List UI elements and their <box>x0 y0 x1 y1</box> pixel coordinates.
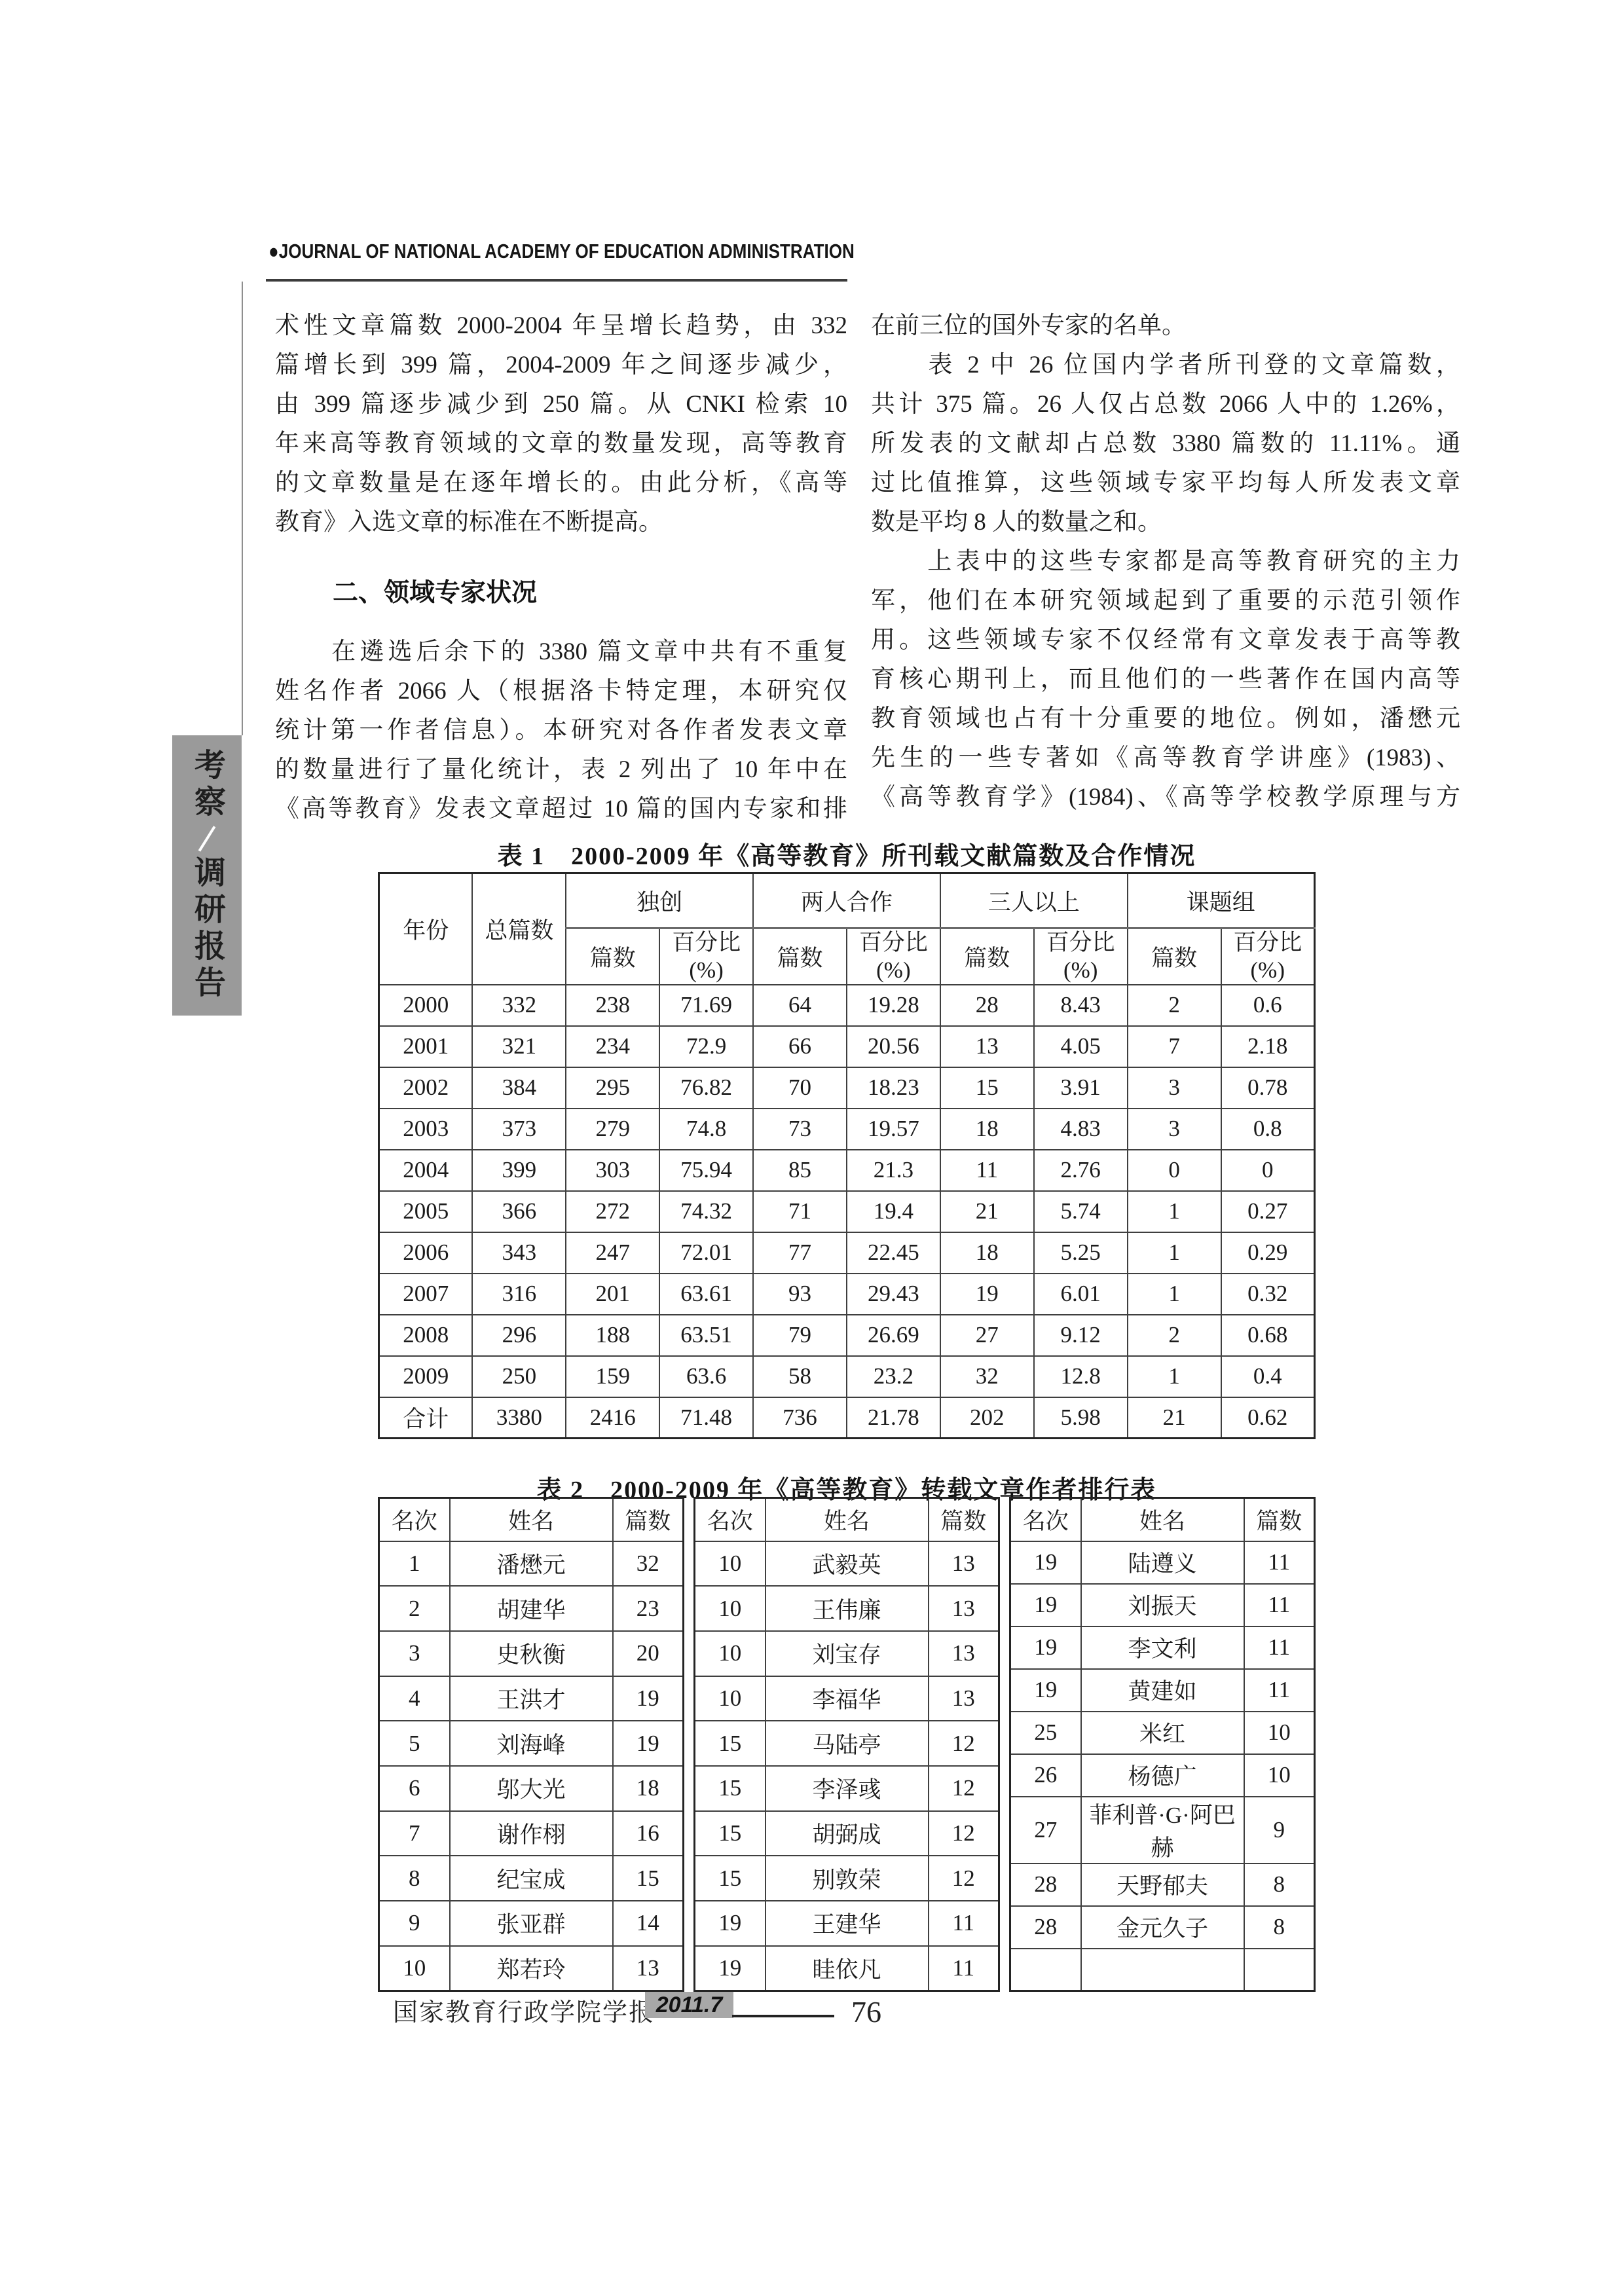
cell-rank: 7 <box>379 1811 450 1856</box>
cell-three-percent: 12.8 <box>1034 1356 1128 1397</box>
cell-author-name: 张亚群 <box>450 1901 613 1946</box>
table2-row <box>1010 1949 1315 1991</box>
cell-team-percent: 0.4 <box>1221 1356 1315 1397</box>
table1-row: 2002 384 295 76.82 70 18.23 15 3.91 3 0.… <box>379 1067 1315 1109</box>
cell-solo-percent: 75.94 <box>659 1150 753 1191</box>
cell-two-percent: 20.56 <box>847 1026 940 1067</box>
cell-solo-percent: 74.32 <box>659 1191 753 1232</box>
cell-team-percent: 0.32 <box>1221 1274 1315 1315</box>
left-column-paragraph-2: 在遴选后余下的 3380 篇文章中共有不重复 姓名作者 2066 人（根据洛卡特… <box>275 633 847 829</box>
cell-author-name: 郑若玲 <box>450 1946 613 1991</box>
cell-solo-count: 2416 <box>566 1397 659 1439</box>
cell-author-name: 陆遵义 <box>1081 1541 1244 1584</box>
table2-header-rank: 名次 <box>379 1498 450 1541</box>
cell-team-count: 3 <box>1128 1109 1221 1150</box>
cell-author-name: 米红 <box>1081 1712 1244 1754</box>
table1-row: 2008 296 188 63.51 79 26.69 27 9.12 2 0.… <box>379 1315 1315 1356</box>
header-rule <box>266 279 847 282</box>
text-line: 的数量进行了量化统计，表 2 列出了 10 年中在 <box>275 750 847 790</box>
table2-header-row: 名次 姓名 篇数 <box>379 1498 684 1541</box>
table1-row: 2006 343 247 72.01 77 22.45 18 5.25 1 0.… <box>379 1232 1315 1274</box>
right-column: 在前三位的国外专家的名单。 表 2 中 26 位国内学者所刊登的文章篇数， 共计… <box>871 306 1460 817</box>
text-line: 《高等教育学》(1984)、《高等学校教学原理与方 <box>871 778 1460 817</box>
cell-rank: 28 <box>1010 1906 1081 1949</box>
text-line: 数是平均 8 人的数量之和。 <box>871 503 1460 542</box>
cell-author-name: 刘振天 <box>1081 1584 1244 1626</box>
table2-row: 19 刘振天 11 <box>1010 1584 1315 1626</box>
text-line: 教育领域也占有十分重要的地位。例如，潘懋元 <box>871 699 1460 739</box>
cell-total: 366 <box>472 1191 566 1232</box>
cell-author-name: 黄建如 <box>1081 1669 1244 1712</box>
table1-subheader-count: 篇数 <box>753 928 847 985</box>
cell-solo-percent: 63.51 <box>659 1315 753 1356</box>
table2-row: 15 别敦荣 12 <box>695 1856 999 1901</box>
left-column-paragraph-1: 术性文章篇数 2000-2004 年呈增长趋势，由 332 篇增长到 399 篇… <box>275 306 847 542</box>
cell-two-count: 66 <box>753 1026 847 1067</box>
cell-two-percent: 19.28 <box>847 985 940 1026</box>
cell-article-count: 10 <box>1244 1712 1315 1754</box>
cell-team-count: 1 <box>1128 1356 1221 1397</box>
cell-author-name: 邬大光 <box>450 1766 613 1811</box>
table2-header-row: 名次 姓名 篇数 <box>1010 1498 1315 1541</box>
cell-solo-count: 303 <box>566 1150 659 1191</box>
cell-solo-count: 201 <box>566 1274 659 1315</box>
cell-three-percent: 9.12 <box>1034 1315 1128 1356</box>
table2: 名次 姓名 篇数 1 潘懋元 32 2 胡建华 23 <box>378 1497 1316 1992</box>
table2-row: 19 李文利 11 <box>1010 1626 1315 1669</box>
cell-rank: 19 <box>1010 1541 1081 1584</box>
table1-row: 合计 3380 2416 71.48 736 21.78 202 5.98 21… <box>379 1397 1315 1439</box>
table2-row: 10 李福华 13 <box>695 1676 999 1721</box>
cell-rank <box>1010 1949 1081 1991</box>
table2-row: 10 郑若玲 13 <box>379 1946 684 1991</box>
cell-rank: 19 <box>1010 1669 1081 1712</box>
cell-author-name: 眭依凡 <box>766 1946 929 1991</box>
cell-author-name: 李文利 <box>1081 1626 1244 1669</box>
percent-unit: (%) <box>847 957 940 983</box>
cell-author-name: 王建华 <box>766 1901 929 1946</box>
cell-year: 2005 <box>379 1191 473 1232</box>
cell-author-name: 谢作栩 <box>450 1811 613 1856</box>
cell-solo-count: 188 <box>566 1315 659 1356</box>
cell-three-count: 21 <box>940 1191 1034 1232</box>
cell-team-count: 21 <box>1128 1397 1221 1439</box>
cell-article-count: 20 <box>613 1631 684 1676</box>
cell-team-count: 0 <box>1128 1150 1221 1191</box>
table1-row: 2007 316 201 63.61 93 29.43 19 6.01 1 0.… <box>379 1274 1315 1315</box>
table2-group-1: 名次 姓名 篇数 1 潘懋元 32 2 胡建华 23 <box>378 1497 684 1992</box>
cell-author-name: 胡弼成 <box>766 1811 929 1856</box>
cell-article-count: 13 <box>929 1631 999 1676</box>
cell-rank: 10 <box>695 1586 766 1631</box>
cell-three-count: 13 <box>940 1026 1034 1067</box>
cell-article-count: 11 <box>1244 1541 1315 1584</box>
table2-header-row: 名次 姓名 篇数 <box>695 1498 999 1541</box>
cell-team-percent: 0.8 <box>1221 1109 1315 1150</box>
table1-subheader-count: 篇数 <box>940 928 1034 985</box>
cell-three-count: 15 <box>940 1067 1034 1109</box>
cell-three-percent: 4.05 <box>1034 1026 1128 1067</box>
table1-header-year: 年份 <box>379 873 473 985</box>
cell-rank: 26 <box>1010 1754 1081 1797</box>
cell-article-count: 11 <box>929 1901 999 1946</box>
cell-two-percent: 26.69 <box>847 1315 940 1356</box>
cell-author-name: 史秋衡 <box>450 1631 613 1676</box>
table1-row: 2009 250 159 63.6 58 23.2 32 12.8 1 0.4 <box>379 1356 1315 1397</box>
table2-row: 26 杨德广 10 <box>1010 1754 1315 1797</box>
cell-author-name: 金元久子 <box>1081 1906 1244 1949</box>
cell-rank: 28 <box>1010 1864 1081 1906</box>
cell-team-count: 1 <box>1128 1232 1221 1274</box>
journal-page: ●JOURNAL OF NATIONAL ACADEMY OF EDUCATIO… <box>0 0 1624 2295</box>
cell-two-count: 64 <box>753 985 847 1026</box>
text-line: 育核心期刊上，而且他们的一些著作在国内高等 <box>871 660 1460 699</box>
cell-rank: 15 <box>695 1811 766 1856</box>
cell-two-count: 79 <box>753 1315 847 1356</box>
cell-solo-count: 234 <box>566 1026 659 1067</box>
cell-rank: 15 <box>695 1856 766 1901</box>
table1-subheader-percent: 百分比 (%) <box>1221 928 1315 985</box>
cell-article-count: 16 <box>613 1811 684 1856</box>
cell-year: 2002 <box>379 1067 473 1109</box>
cell-team-percent: 0.6 <box>1221 985 1315 1026</box>
text-line: 《高等教育》发表文章超过 10 篇的国内专家和排 <box>275 790 847 829</box>
cell-rank: 10 <box>695 1676 766 1721</box>
cell-rank: 1 <box>379 1541 450 1587</box>
cell-team-count: 2 <box>1128 985 1221 1026</box>
table2-header-count: 篇数 <box>613 1498 684 1541</box>
cell-three-percent: 6.01 <box>1034 1274 1128 1315</box>
cell-rank: 10 <box>695 1631 766 1676</box>
cell-author-name: 天野郁夫 <box>1081 1864 1244 1906</box>
cell-three-count: 11 <box>940 1150 1034 1191</box>
text-line: 统计第一作者信息）。本研究对各作者发表文章 <box>275 711 847 750</box>
cell-two-percent: 23.2 <box>847 1356 940 1397</box>
cell-article-count: 12 <box>929 1811 999 1856</box>
cell-three-count: 19 <box>940 1274 1034 1315</box>
cell-article-count: 14 <box>613 1901 684 1946</box>
cell-author-name <box>1081 1949 1244 1991</box>
cell-author-name: 纪宝成 <box>450 1856 613 1901</box>
table2-row: 9 张亚群 14 <box>379 1901 684 1946</box>
table2-row: 25 米红 10 <box>1010 1712 1315 1754</box>
cell-solo-percent: 74.8 <box>659 1109 753 1150</box>
cell-article-count: 12 <box>929 1856 999 1901</box>
table2-row: 8 纪宝成 15 <box>379 1856 684 1901</box>
cell-solo-count: 295 <box>566 1067 659 1109</box>
table2-row: 3 史秋衡 20 <box>379 1631 684 1676</box>
cell-article-count: 12 <box>929 1721 999 1766</box>
text-line: 的文章数量是在逐年增长的。由此分析，《高等 <box>275 464 847 503</box>
cell-article-count: 32 <box>613 1541 684 1587</box>
cell-rank: 15 <box>695 1766 766 1811</box>
cell-team-count: 7 <box>1128 1026 1221 1067</box>
table1-row: 2001 321 234 72.9 66 20.56 13 4.05 7 2.1… <box>379 1026 1315 1067</box>
table1-row: 2000 332 238 71.69 64 19.28 28 8.43 2 0.… <box>379 985 1315 1026</box>
cell-three-percent: 5.25 <box>1034 1232 1128 1274</box>
text-line: 上表中的这些专家都是高等教育研究的主力 <box>871 542 1460 581</box>
cell-total: 316 <box>472 1274 566 1315</box>
cell-article-count <box>1244 1949 1315 1991</box>
cell-author-name: 王洪才 <box>450 1676 613 1721</box>
table2-row: 2 胡建华 23 <box>379 1586 684 1631</box>
text-line: 术性文章篇数 2000-2004 年呈增长趋势，由 332 <box>275 306 847 346</box>
cell-two-count: 93 <box>753 1274 847 1315</box>
cell-total: 384 <box>472 1067 566 1109</box>
cell-year: 2008 <box>379 1315 473 1356</box>
cell-year: 2000 <box>379 985 473 1026</box>
table2-header-name: 姓名 <box>766 1498 929 1541</box>
cell-article-count: 19 <box>613 1721 684 1766</box>
cell-team-percent: 0.78 <box>1221 1067 1315 1109</box>
cell-two-percent: 19.4 <box>847 1191 940 1232</box>
table1-caption: 表 1 2000-2009 年《高等教育》所刊载文献篇数及合作情况 <box>378 835 1316 872</box>
text-line: 篇增长到 399 篇，2004-2009 年之间逐步减少， <box>275 346 847 385</box>
cell-rank: 19 <box>695 1946 766 1991</box>
cell-team-percent: 0 <box>1221 1150 1315 1191</box>
margin-vertical-rule <box>242 282 243 735</box>
table2-row: 7 谢作栩 16 <box>379 1811 684 1856</box>
cell-team-percent: 0.29 <box>1221 1232 1315 1274</box>
cell-article-count: 11 <box>1244 1626 1315 1669</box>
cell-author-name: 胡建华 <box>450 1586 613 1631</box>
cell-solo-percent: 72.01 <box>659 1232 753 1274</box>
cell-article-count: 13 <box>929 1676 999 1721</box>
cell-total: 3380 <box>472 1397 566 1439</box>
cell-author-name: 别敦荣 <box>766 1856 929 1901</box>
cell-solo-count: 159 <box>566 1356 659 1397</box>
cell-two-count: 73 <box>753 1109 847 1150</box>
text-line: 表 2 中 26 位国内学者所刊登的文章篇数， <box>871 346 1460 385</box>
table1-subheader-percent: 百分比 (%) <box>659 928 753 985</box>
cell-author-name: 王伟廉 <box>766 1586 929 1631</box>
cell-article-count: 13 <box>929 1541 999 1587</box>
cell-team-count: 1 <box>1128 1274 1221 1315</box>
cell-solo-percent: 76.82 <box>659 1067 753 1109</box>
table2-row: 10 王伟廉 13 <box>695 1586 999 1631</box>
slash-divider <box>198 826 216 851</box>
table1-subheader-count: 篇数 <box>566 928 659 985</box>
footer-rule <box>732 2015 834 2017</box>
cell-article-count: 8 <box>1244 1864 1315 1906</box>
text-line: 先生的一些专著如《高等教育学讲座》(1983)、 <box>871 739 1460 778</box>
page-number: 76 <box>851 1994 881 2029</box>
cell-author-name: 刘海峰 <box>450 1721 613 1766</box>
footer-journal-name: 国家教育行政学院学报 <box>393 1992 655 2028</box>
cell-rank: 2 <box>379 1586 450 1631</box>
cell-solo-percent: 63.6 <box>659 1356 753 1397</box>
percent-label: 百分比 <box>660 929 752 956</box>
percent-label: 百分比 <box>1222 929 1314 956</box>
text-line: 由 399 篇逐步减少到 250 篇。从 CNKI 检索 10 <box>275 385 847 424</box>
cell-solo-count: 247 <box>566 1232 659 1274</box>
cell-rank: 10 <box>695 1541 766 1587</box>
cell-team-count: 3 <box>1128 1067 1221 1109</box>
cell-rank: 3 <box>379 1631 450 1676</box>
footer-issue-badge: 2011.7 <box>645 1992 733 2018</box>
cell-author-name: 李福华 <box>766 1676 929 1721</box>
cell-solo-percent: 71.69 <box>659 985 753 1026</box>
cell-article-count: 11 <box>1244 1669 1315 1712</box>
cell-three-percent: 8.43 <box>1034 985 1128 1026</box>
cell-three-count: 32 <box>940 1356 1034 1397</box>
cell-team-count: 2 <box>1128 1315 1221 1356</box>
cell-rank: 27 <box>1010 1797 1081 1864</box>
text-line: 所发表的文献却占总数 3380 篇数的 11.11%。通 <box>871 424 1460 464</box>
cell-solo-count: 279 <box>566 1109 659 1150</box>
cell-rank: 25 <box>1010 1712 1081 1754</box>
cell-author-name: 杨德广 <box>1081 1754 1244 1797</box>
cell-two-count: 77 <box>753 1232 847 1274</box>
text-line: 用。这些领域专家不仅经常有文章发表于高等教 <box>871 621 1460 660</box>
cell-author-name: 李泽彧 <box>766 1766 929 1811</box>
section-tab-text-top: 考察 <box>185 748 230 822</box>
cell-solo-count: 238 <box>566 985 659 1026</box>
cell-team-count: 1 <box>1128 1191 1221 1232</box>
cell-solo-count: 272 <box>566 1191 659 1232</box>
table2-row: 10 刘宝存 13 <box>695 1631 999 1676</box>
text-line: 共计 375 篇。26 人仅占总数 2066 人中的 1.26%， <box>871 385 1460 424</box>
table2-header-count: 篇数 <box>1244 1498 1315 1541</box>
cell-team-percent: 2.18 <box>1221 1026 1315 1067</box>
cell-three-count: 18 <box>940 1109 1034 1150</box>
cell-total: 373 <box>472 1109 566 1150</box>
table1-row: 2005 366 272 74.32 71 19.4 21 5.74 1 0.2… <box>379 1191 1315 1232</box>
table2-row: 28 金元久子 8 <box>1010 1906 1315 1949</box>
text-line: 军，他们在本研究领域起到了重要的示范引领作 <box>871 581 1460 621</box>
cell-author-name: 刘宝存 <box>766 1631 929 1676</box>
table2-row: 10 武毅英 13 <box>695 1541 999 1587</box>
table2-header-name: 姓名 <box>1081 1498 1244 1541</box>
cell-author-name: 菲利普·G·阿巴赫 <box>1081 1797 1244 1864</box>
table2-row: 15 李泽彧 12 <box>695 1766 999 1811</box>
table2-row: 28 天野郁夫 8 <box>1010 1864 1315 1906</box>
table2-group-3: 名次 姓名 篇数 19 陆遵义 11 19 刘振天 1 <box>1009 1497 1316 1992</box>
cell-two-percent: 19.57 <box>847 1109 940 1150</box>
cell-year: 2001 <box>379 1026 473 1067</box>
cell-total: 296 <box>472 1315 566 1356</box>
cell-author-name: 潘懋元 <box>450 1541 613 1587</box>
cell-three-percent: 3.91 <box>1034 1067 1128 1109</box>
cell-rank: 4 <box>379 1676 450 1721</box>
table2-row: 4 王洪才 19 <box>379 1676 684 1721</box>
cell-article-count: 13 <box>613 1946 684 1991</box>
cell-three-count: 28 <box>940 985 1034 1026</box>
cell-team-percent: 0.27 <box>1221 1191 1315 1232</box>
section-heading: 二、领域专家状况 <box>333 572 537 609</box>
cell-total: 343 <box>472 1232 566 1274</box>
cell-two-count: 71 <box>753 1191 847 1232</box>
table2-header-name: 姓名 <box>450 1498 613 1541</box>
text-line: 教育》入选文章的标准在不断提高。 <box>275 503 847 542</box>
percent-unit: (%) <box>660 957 752 983</box>
table2-header-rank: 名次 <box>695 1498 766 1541</box>
cell-two-percent: 21.3 <box>847 1150 940 1191</box>
table1-header-group-two: 两人合作 <box>753 873 940 928</box>
table1-row: 2004 399 303 75.94 85 21.3 11 2.76 0 0 <box>379 1150 1315 1191</box>
percent-label: 百分比 <box>847 929 940 956</box>
cell-rank: 15 <box>695 1721 766 1766</box>
table2-row: 15 马陆亭 12 <box>695 1721 999 1766</box>
cell-three-percent: 5.74 <box>1034 1191 1128 1232</box>
cell-two-count: 736 <box>753 1397 847 1439</box>
cell-article-count: 15 <box>613 1856 684 1901</box>
table1-subheader-percent: 百分比 (%) <box>1034 928 1128 985</box>
cell-rank: 19 <box>1010 1584 1081 1626</box>
table2-group-2: 名次 姓名 篇数 10 武毅英 13 10 王伟廉 1 <box>693 1497 1000 1992</box>
cell-solo-percent: 72.9 <box>659 1026 753 1067</box>
table1-header-group-solo: 独创 <box>566 873 753 928</box>
cell-article-count: 19 <box>613 1676 684 1721</box>
table2-row: 1 潘懋元 32 <box>379 1541 684 1587</box>
cell-rank: 19 <box>695 1901 766 1946</box>
cell-total: 399 <box>472 1150 566 1191</box>
cell-solo-percent: 63.61 <box>659 1274 753 1315</box>
cell-three-count: 27 <box>940 1315 1034 1356</box>
cell-author-name: 武毅英 <box>766 1541 929 1587</box>
text-line: 年来高等教育领域的文章的数量发现，高等教育 <box>275 424 847 464</box>
cell-rank: 10 <box>379 1946 450 1991</box>
cell-two-count: 85 <box>753 1150 847 1191</box>
cell-article-count: 11 <box>929 1946 999 1991</box>
cell-year: 2007 <box>379 1274 473 1315</box>
cell-solo-percent: 71.48 <box>659 1397 753 1439</box>
table2-row: 27 菲利普·G·阿巴赫 9 <box>1010 1797 1315 1864</box>
cell-article-count: 18 <box>613 1766 684 1811</box>
table1-header-group-three: 三人以上 <box>940 873 1128 928</box>
table1-header-row-1: 年份 总篇数 独创 两人合作 三人以上 课题组 <box>379 873 1315 928</box>
cell-rank: 19 <box>1010 1626 1081 1669</box>
cell-team-percent: 0.68 <box>1221 1315 1315 1356</box>
cell-article-count: 23 <box>613 1586 684 1631</box>
percent-unit: (%) <box>1222 957 1314 983</box>
journal-english-header: ●JOURNAL OF NATIONAL ACADEMY OF EDUCATIO… <box>268 240 855 263</box>
cell-three-count: 202 <box>940 1397 1034 1439</box>
table2-header-rank: 名次 <box>1010 1498 1081 1541</box>
cell-rank: 6 <box>379 1766 450 1811</box>
percent-unit: (%) <box>1035 957 1127 983</box>
cell-article-count: 11 <box>1244 1584 1315 1626</box>
table2-row: 19 黄建如 11 <box>1010 1669 1315 1712</box>
table1-header-group-team: 课题组 <box>1128 873 1315 928</box>
cell-year: 2006 <box>379 1232 473 1274</box>
table2-header-count: 篇数 <box>929 1498 999 1541</box>
percent-label: 百分比 <box>1035 929 1127 956</box>
table2-row: 15 胡弼成 12 <box>695 1811 999 1856</box>
cell-year: 2009 <box>379 1356 473 1397</box>
cell-year: 2003 <box>379 1109 473 1150</box>
section-tab: 考察 调研报告 <box>172 735 242 1016</box>
section-tab-text-bottom: 调研报告 <box>185 856 230 1002</box>
cell-year: 合计 <box>379 1397 473 1439</box>
cell-article-count: 10 <box>1244 1754 1315 1797</box>
cell-two-percent: 29.43 <box>847 1274 940 1315</box>
cell-two-count: 58 <box>753 1356 847 1397</box>
table1: 年份 总篇数 独创 两人合作 三人以上 课题组 篇数 百分比 (%) 篇数 百分… <box>378 872 1316 1439</box>
table2-row: 19 陆遵义 11 <box>1010 1541 1315 1584</box>
cell-three-percent: 5.98 <box>1034 1397 1128 1439</box>
table2-row: 6 邬大光 18 <box>379 1766 684 1811</box>
cell-rank: 5 <box>379 1721 450 1766</box>
text-line: 在前三位的国外专家的名单。 <box>871 306 1460 346</box>
cell-three-count: 18 <box>940 1232 1034 1274</box>
cell-total: 321 <box>472 1026 566 1067</box>
cell-total: 250 <box>472 1356 566 1397</box>
text-line: 过比值推算，这些领域专家平均每人所发表文章 <box>871 464 1460 503</box>
cell-two-percent: 21.78 <box>847 1397 940 1439</box>
cell-two-count: 70 <box>753 1067 847 1109</box>
text-line: 姓名作者 2066 人（根据洛卡特定理，本研究仅 <box>275 672 847 711</box>
